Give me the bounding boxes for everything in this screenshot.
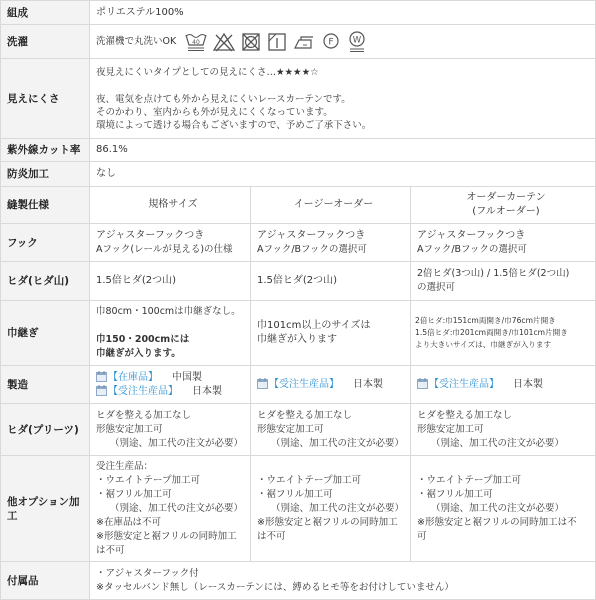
- drip-dry-shade-icon: [267, 32, 287, 52]
- uv-cut-label: 紫外線カット率: [1, 139, 90, 162]
- pleats-col-standard: ヒダを整える加工なし 形態安定加工可 （別途、加工代の注文が必要）: [90, 404, 251, 456]
- visibility-desc-3: 環境によって透ける場合もございますので、予めご了承下さい。: [96, 119, 595, 132]
- calendar-icon: [417, 378, 428, 389]
- row-hook: フック アジャスターフックつき Aフック(レールが見える)の仕様 アジャスターフ…: [1, 224, 596, 262]
- hook-col-full-order: アジャスターフックつき Aフック/Bフックの選択可: [411, 224, 596, 262]
- calendar-icon: [96, 385, 107, 396]
- visibility-desc-2: そのかわり、室内からも外が見えにくくなっています。: [96, 106, 595, 119]
- manufacture-col-full-order: 【受注生産品】日本製: [411, 366, 596, 404]
- row-sewing: 縫製仕様 規格サイズ イージーオーダー オーダーカーテン (フルオーダー): [1, 187, 596, 224]
- sewing-col-full-order: オーダーカーテン (フルオーダー): [411, 187, 596, 224]
- row-uv-cut: 紫外線カット率 86.1%: [1, 139, 596, 162]
- pleat-fold-col-full-order: 2倍ヒダ(3つ山) / 1.5倍ヒダ(2つ山) の選択可: [411, 262, 596, 301]
- pleats-col-easy-order: ヒダを整える加工なし 形態安定加工可 （別途、加工代の注文が必要）: [251, 404, 411, 456]
- dry-clean-f-icon: F: [321, 32, 341, 52]
- pleats-col-full-order: ヒダを整える加工なし 形態安定加工可 （別途、加工代の注文が必要）: [411, 404, 596, 456]
- options-col-full-order: ・ウエイトテープ加工可 ・裾フリル加工可 （別途、加工代の注文が必要） ※形態安…: [411, 456, 596, 562]
- washing-value: 洗濯機で丸洗いOK: [96, 36, 176, 47]
- visibility-label: 見えにくさ: [1, 59, 90, 139]
- no-bleach-icon: [213, 32, 235, 52]
- product-spec-table: 組成 ポリエステル100% 洗濯 洗濯機で丸洗いOK 40: [0, 0, 596, 600]
- row-washing: 洗濯 洗濯機で丸洗いOK 40: [1, 25, 596, 59]
- hook-col-easy-order: アジャスターフックつき Aフック/Bフックの選択可: [251, 224, 411, 262]
- composition-label: 組成: [1, 1, 90, 25]
- svg-text:W: W: [353, 35, 362, 45]
- svg-text:F: F: [329, 37, 334, 47]
- visibility-desc-1: 夜、電気を点けても外から見えにくいレースカーテンです。: [96, 93, 595, 106]
- accessories-value: ・アジャスターフック付 ※タッセルバンド無し（レースカーテンには、縛めるヒモ等を…: [90, 562, 596, 600]
- washing-cell: 洗濯機で丸洗いOK 40: [90, 25, 596, 59]
- row-pleat-fold: ヒダ(ヒダ山) 1.5倍ヒダ(2つ山) 1.5倍ヒダ(2つ山) 2倍ヒダ(3つ山…: [1, 262, 596, 301]
- wet-clean-w-icon: W: [347, 31, 367, 53]
- made-to-order-link[interactable]: 【受注生産品】: [269, 379, 339, 390]
- iron-low-icon: [293, 32, 315, 52]
- manufacture-col-easy-order: 【受注生産品】日本製: [251, 366, 411, 404]
- sewing-col-easy-order: イージーオーダー: [251, 187, 411, 224]
- svg-text:40: 40: [193, 39, 201, 46]
- calendar-icon: [257, 378, 268, 389]
- row-pleats: ヒダ(プリーツ) ヒダを整える加工なし 形態安定加工可 （別途、加工代の注文が必…: [1, 404, 596, 456]
- manufacture-col-standard: 【在庫品】中国製 【受注生産品】日本製: [90, 366, 251, 404]
- made-to-order-link[interactable]: 【受注生産品】: [429, 379, 499, 390]
- wash-40-icon: 40: [185, 32, 207, 52]
- visibility-cell: 夜見えにくいタイプとしての見えにくさ…★★★★☆ 夜、電気を点けても外から見えに…: [90, 59, 596, 139]
- options-col-easy-order: ・ウエイトテープ加工可 ・裾フリル加工可 （別途、加工代の注文が必要） ※形態安…: [251, 456, 411, 562]
- row-composition: 組成 ポリエステル100%: [1, 1, 596, 25]
- manufacture-made-to-order: 【受注生産品】日本製: [96, 385, 250, 399]
- pleat-fold-label: ヒダ(ヒダ山): [1, 262, 90, 301]
- pleat-fold-col-standard: 1.5倍ヒダ(2つ山): [90, 262, 251, 301]
- row-flame: 防炎加工 なし: [1, 162, 596, 187]
- hook-label: フック: [1, 224, 90, 262]
- manufacture-stock: 【在庫品】中国製: [96, 371, 250, 385]
- visibility-rating: 夜見えにくいタイプとしての見えにくさ…★★★★☆: [96, 66, 595, 79]
- pleat-fold-col-easy-order: 1.5倍ヒダ(2つ山): [251, 262, 411, 301]
- calendar-icon: [96, 371, 107, 382]
- flame-value: なし: [90, 162, 596, 187]
- in-stock-link[interactable]: 【在庫品】: [108, 372, 158, 383]
- composition-value: ポリエステル100%: [90, 1, 596, 25]
- sewing-col-standard: 規格サイズ: [90, 187, 251, 224]
- row-options: 他オプション加工 受注生産品： ・ウエイトテープ加工可 ・裾フリル加工可 （別途…: [1, 456, 596, 562]
- seam-col-easy-order: 巾101cm以上のサイズは 巾継ぎが入ります: [251, 301, 411, 366]
- flame-label: 防炎加工: [1, 162, 90, 187]
- seam-col-full-order: 2倍ヒダ:巾151cm両開き/巾76cm片開き 1.5倍ヒダ:巾201cm両開き…: [411, 301, 596, 366]
- row-visibility: 見えにくさ 夜見えにくいタイプとしての見えにくさ…★★★★☆ 夜、電気を点けても…: [1, 59, 596, 139]
- options-label: 他オプション加工: [1, 456, 90, 562]
- row-manufacture: 製造 【在庫品】中国製 【受注生産品】日本製 【受注生産品】日本製 【受注生産品…: [1, 366, 596, 404]
- options-col-standard: 受注生産品： ・ウエイトテープ加工可 ・裾フリル加工可 （別途、加工代の注文が必…: [90, 456, 251, 562]
- row-accessories: 付属品 ・アジャスターフック付 ※タッセルバンド無し（レースカーテンには、縛める…: [1, 562, 596, 600]
- made-to-order-link[interactable]: 【受注生産品】: [108, 386, 178, 397]
- care-icons: 40: [185, 31, 367, 53]
- hook-col-standard: アジャスターフックつき Aフック(レールが見える)の仕様: [90, 224, 251, 262]
- row-seam: 巾継ぎ 巾80cm・100cmは巾継ぎなし。 巾150・200cmには 巾継ぎが…: [1, 301, 596, 366]
- accessories-label: 付属品: [1, 562, 90, 600]
- seam-label: 巾継ぎ: [1, 301, 90, 366]
- sewing-label: 縫製仕様: [1, 187, 90, 224]
- uv-cut-value: 86.1%: [90, 139, 596, 162]
- no-tumble-dry-icon: [241, 32, 261, 52]
- seam-col-standard: 巾80cm・100cmは巾継ぎなし。 巾150・200cmには 巾継ぎが入ります…: [90, 301, 251, 366]
- washing-label: 洗濯: [1, 25, 90, 59]
- manufacture-label: 製造: [1, 366, 90, 404]
- pleats-label: ヒダ(プリーツ): [1, 404, 90, 456]
